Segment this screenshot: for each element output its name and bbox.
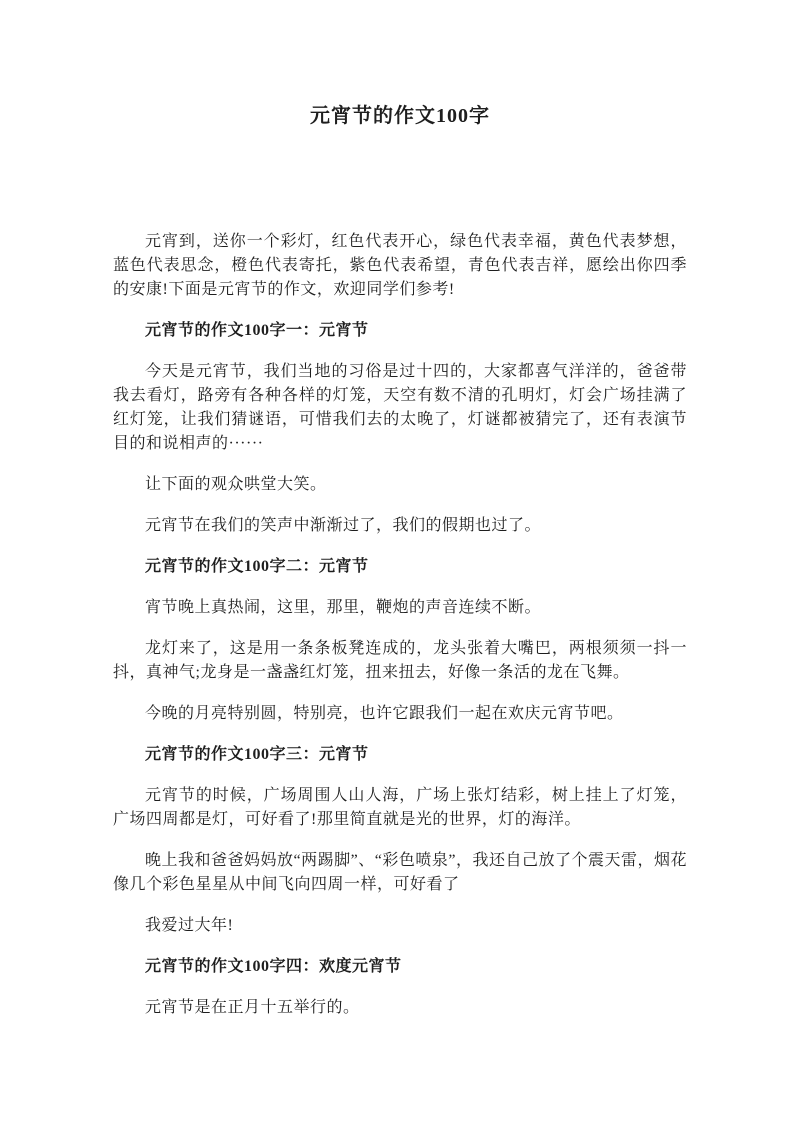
section-heading: 元宵节的作文100字一：元宵节 [113, 319, 687, 343]
section-heading: 元宵节的作文100字二：元宵节 [113, 555, 687, 579]
paragraph: 让下面的观众哄堂大笑。 [113, 473, 687, 497]
paragraph: 元宵节的时候，广场周围人山人海，广场上张灯结彩，树上挂上了灯笼，广场四周都是灯，… [113, 784, 687, 832]
paragraph: 元宵到，送你一个彩灯，红色代表开心，绿色代表幸福，黄色代表梦想，蓝色代表思念，橙… [113, 230, 687, 302]
document-page: 元宵节的作文100字 元宵到，送你一个彩灯，红色代表开心，绿色代表幸福，黄色代表… [0, 0, 800, 1132]
paragraph: 我爱过大年! [113, 914, 687, 938]
paragraph: 晚上我和爸爸妈妈放“两踢脚”、“彩色喷泉”，我还自己放了个震天雷，烟花像几个彩色… [113, 849, 687, 897]
paragraph: 龙灯来了，这是用一条条板凳连成的，龙头张着大嘴巴，两根须须一抖一抖，真神气;龙身… [113, 637, 687, 685]
section-heading: 元宵节的作文100字四：欢度元宵节 [113, 955, 687, 979]
paragraph: 元宵节在我们的笑声中渐渐过了，我们的假期也过了。 [113, 514, 687, 538]
paragraph: 今天是元宵节，我们当地的习俗是过十四的，大家都喜气洋洋的，爸爸带我去看灯，路旁有… [113, 360, 687, 456]
section-heading: 元宵节的作文100字三：元宵节 [113, 743, 687, 767]
paragraph: 今晚的月亮特别圆，特别亮，也许它跟我们一起在欢庆元宵节吧。 [113, 702, 687, 726]
paragraph: 元宵节是在正月十五举行的。 [113, 996, 687, 1020]
paragraph: 宵节晚上真热闹，这里，那里，鞭炮的声音连续不断。 [113, 596, 687, 620]
document-title: 元宵节的作文100字 [113, 102, 687, 130]
